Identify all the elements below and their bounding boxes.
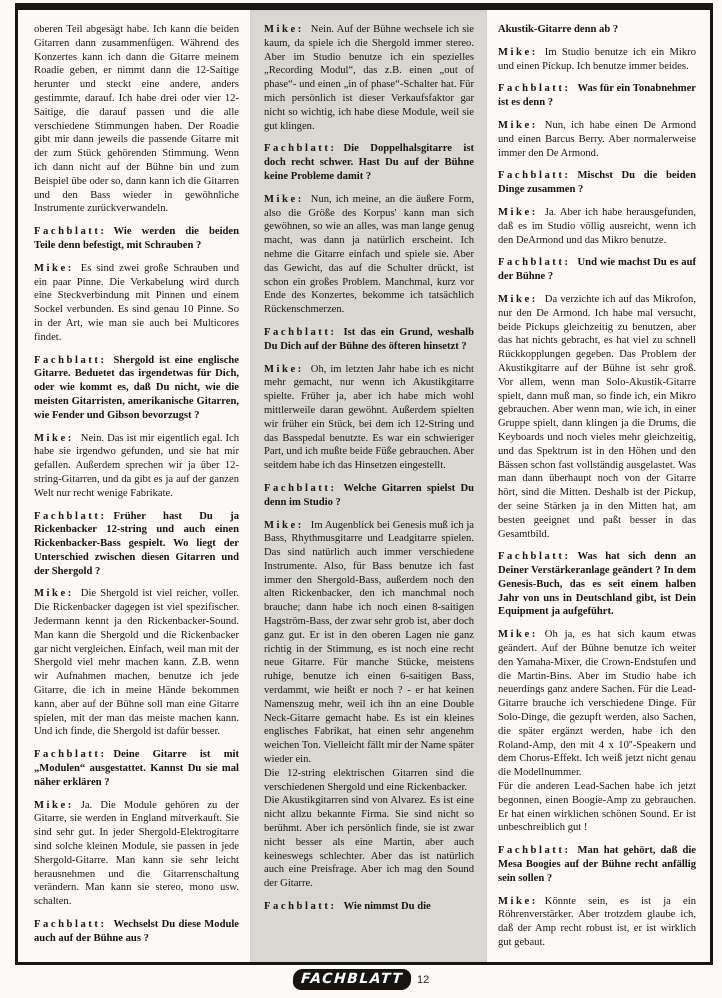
- interviewee-paragraph: Mike:Es sind zwei große Schrauben und ei…: [34, 262, 239, 345]
- speaker-label: Fachblatt:: [498, 170, 571, 181]
- paragraph-text: Ja. Die Module gehören zu der Gitarre, s…: [34, 800, 239, 908]
- interviewee-paragraph: Mike:Im Augenblick bei Genesis muß ich j…: [264, 519, 474, 767]
- right-column: Akustik-Gitarre denn ab ?Mike:Im Studio …: [487, 10, 710, 962]
- interviewer-paragraph: Fachblatt:Shergold ist eine englische Gi…: [34, 354, 239, 423]
- magazine-page: oberen Teil abgesägt habe. Ich kann die …: [0, 0, 722, 998]
- interviewee-paragraph: Mike:Oh ja, es hat sich kaum etwas geänd…: [498, 628, 696, 780]
- interviewee-paragraph: Die 12-string elektrischen Gitarren sind…: [264, 767, 474, 795]
- speaker-label: Mike:: [498, 896, 538, 907]
- speaker-label: Mike:: [498, 47, 538, 58]
- interviewee-paragraph: Mike:Im Studio benutze ich ein Mikro und…: [498, 46, 696, 74]
- speaker-label: Fachblatt:: [34, 919, 107, 930]
- speaker-label: Mike:: [498, 294, 538, 305]
- interviewer-paragraph: Fachblatt:Mischst Du die beiden Dinge zu…: [498, 169, 696, 197]
- interviewee-paragraph: Mike:Nun, ich meine, an die äußere Form,…: [264, 193, 474, 317]
- paragraph-text: Nun, ich meine, an die äußere Form, also…: [264, 194, 474, 315]
- interviewee-paragraph: oberen Teil abgesägt habe. Ich kann die …: [34, 23, 239, 216]
- paragraph-text: Nein. Auf der Bühne wechsele ich sie kau…: [264, 24, 474, 132]
- interviewee-paragraph: Mike:Die Shergold ist viel reicher, voll…: [34, 587, 239, 739]
- paragraph-text: Oh, im letzten Jahr habe ich es nicht me…: [264, 364, 474, 472]
- page-footer: FACHBLATT 12: [0, 969, 722, 990]
- speaker-label: Mike:: [264, 520, 304, 531]
- speaker-label: Fachblatt:: [34, 749, 107, 760]
- speaker-label: Mike:: [34, 433, 74, 444]
- left-column: oberen Teil abgesägt habe. Ich kann die …: [18, 10, 250, 962]
- paragraph-text: Für die anderen Lead-Sachen habe ich jet…: [498, 781, 696, 833]
- fachblatt-logo: FACHBLATT: [292, 969, 412, 990]
- speaker-label: Fachblatt:: [264, 901, 337, 912]
- speaker-label: Fachblatt:: [498, 83, 571, 94]
- interviewer-paragraph: Fachblatt:Wie nimmst Du die: [264, 900, 474, 914]
- paragraph-text: Wie nimmst Du die: [344, 901, 431, 912]
- interviewee-paragraph: Mike:Nein. Auf der Bühne wechsele ich si…: [264, 23, 474, 133]
- interviewer-paragraph: Fachblatt:Und wie machst Du es auf der B…: [498, 256, 696, 284]
- paragraph-text: oberen Teil abgesägt habe. Ich kann die …: [34, 24, 239, 214]
- interviewer-paragraph: Fachblatt:Deine Gitarre ist mit „Modulen…: [34, 748, 239, 789]
- speaker-label: Fachblatt:: [34, 355, 107, 366]
- speaker-label: Mike:: [498, 629, 538, 640]
- paragraph-text: Die Akustikgitarren sind von Alvarez. Es…: [264, 795, 474, 889]
- middle-column: Mike:Nein. Auf der Bühne wechsele ich si…: [250, 10, 487, 962]
- paragraph-text: Die Shergold ist viel reicher, voller. D…: [34, 588, 239, 737]
- interviewee-paragraph: Mike:Könnte sein, es ist ja ein Röhrenve…: [498, 895, 696, 950]
- speaker-label: Fachblatt:: [498, 845, 571, 856]
- interviewer-paragraph: Fachblatt:Welche Gitarren spielst Du den…: [264, 482, 474, 510]
- interviewee-paragraph: Mike:Ja. Aber ich habe herausgefunden, d…: [498, 206, 696, 247]
- speaker-label: Fachblatt:: [34, 511, 107, 522]
- interviewee-paragraph: Mike:Nun, ich habe einen De Armond und e…: [498, 119, 696, 160]
- interviewer-paragraph: Fachblatt:Ist das ein Grund, weshalb Du …: [264, 326, 474, 354]
- speaker-label: Fachblatt:: [498, 551, 571, 562]
- page-number: 12: [417, 974, 429, 986]
- interviewee-paragraph: Die Akustikgitarren sind von Alvarez. Es…: [264, 794, 474, 891]
- paragraph-text: Die 12-string elektrischen Gitarren sind…: [264, 768, 474, 793]
- paragraph-text: Oh ja, es hat sich kaum etwas geändert. …: [498, 629, 696, 778]
- interviewer-paragraph: Fachblatt:Was hat sich denn an Deiner Ve…: [498, 550, 696, 619]
- speaker-label: Fachblatt:: [34, 226, 107, 237]
- speaker-label: Fachblatt:: [264, 143, 337, 154]
- speaker-label: Mike:: [264, 364, 304, 375]
- paragraph-text: Es sind zwei große Schrauben und ein paa…: [34, 263, 239, 343]
- interviewer-paragraph: Fachblatt:Wechselst Du diese Module auch…: [34, 918, 239, 946]
- speaker-label: Mike:: [34, 588, 74, 599]
- speaker-label: Fachblatt:: [498, 257, 571, 268]
- interviewee-paragraph: Mike:Ja. Die Module gehören zu der Gitar…: [34, 799, 239, 909]
- interviewer-paragraph: Akustik-Gitarre denn ab ?: [498, 23, 696, 37]
- speaker-label: Fachblatt:: [264, 327, 337, 338]
- speaker-label: Mike:: [34, 800, 74, 811]
- interviewee-paragraph: Mike:Da verzichte ich auf das Mikrofon, …: [498, 293, 696, 541]
- paragraph-text: Im Augenblick bei Genesis muß ich ja Bas…: [264, 520, 474, 766]
- interviewee-paragraph: Für die anderen Lead-Sachen habe ich jet…: [498, 780, 696, 835]
- paragraph-text: Akustik-Gitarre denn ab ?: [498, 24, 618, 35]
- speaker-label: Mike:: [498, 120, 538, 131]
- interviewee-paragraph: Mike:Nein. Das ist mir eigentlich egal. …: [34, 432, 239, 501]
- speaker-label: Fachblatt:: [264, 483, 337, 494]
- interviewer-paragraph: Fachblatt:Man hat gehört, daß die Mesa B…: [498, 844, 696, 885]
- interviewer-paragraph: Fachblatt:Die Doppelhalsgitarre ist doch…: [264, 142, 474, 183]
- speaker-label: Mike:: [34, 263, 74, 274]
- article-frame: oberen Teil abgesägt habe. Ich kann die …: [15, 3, 713, 965]
- interviewer-paragraph: Fachblatt:Wie werden die beiden Teile de…: [34, 225, 239, 253]
- speaker-label: Mike:: [264, 24, 304, 35]
- interviewer-paragraph: Fachblatt:Was für ein Tonabnehmer ist es…: [498, 82, 696, 110]
- interviewer-paragraph: Fachblatt:Früher hast Du ja Rickenbacker…: [34, 510, 239, 579]
- speaker-label: Mike:: [264, 194, 304, 205]
- speaker-label: Mike:: [498, 207, 538, 218]
- paragraph-text: Da verzichte ich auf das Mikrofon, nur d…: [498, 294, 696, 540]
- interviewee-paragraph: Mike:Oh, im letzten Jahr habe ich es nic…: [264, 363, 474, 473]
